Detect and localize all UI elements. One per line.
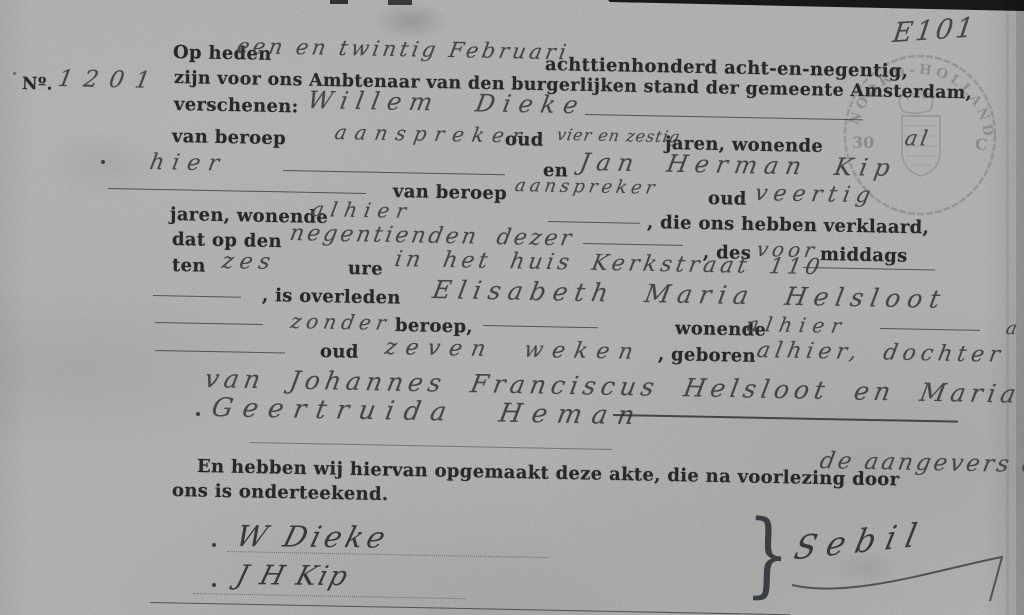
form-text-verklaard: , die ons hebben verklaard, [647,214,929,237]
sig-witness-2: J H Kip [233,562,352,590]
pen-dot [212,583,216,587]
blank-rule [153,295,241,298]
hw-deceased-name: Elisabeth Maria Helsloot [431,277,949,312]
form-text-verschenen: verschenen: [174,96,299,116]
stamp-value-right: C [975,135,988,154]
blank-rule [483,325,598,328]
form-text-oud-2: oud [708,190,747,209]
hw-birthplace: alhier, dochter [755,340,1007,367]
form-text-van-beroep-1: van beroep [172,128,286,148]
form-text-oud-1: oud [505,131,544,150]
form-text-middags: middags [820,246,908,266]
death-certificate-scan: Nº. 1201 E101 NOORD-HOLLAND 30 C Op hede… [0,0,1024,615]
form-text-ondertekend: ons is onderteekend. [172,482,389,504]
bleedthrough-smudge [372,2,450,40]
pen-dot [196,412,200,416]
hw-act-date: een en twintig Februari [235,36,571,63]
hw-deceased-residence: alhier [745,314,850,336]
brace-mark: } [744,508,791,601]
blank-rule [548,221,640,224]
hw-parents-line2: Geertruida Heman [210,395,647,429]
blank-rule [250,442,612,450]
hw-death-date: negentienden dezer [288,223,576,250]
blank-rule [585,114,863,120]
sig-official-flourish [790,555,1015,605]
registration-number-label: Nº. [22,76,53,94]
ink-speck [13,72,16,75]
pen-dot [212,543,216,547]
sig-witness-1: W Dieke [233,522,392,553]
form-text-ten: ten [172,257,206,276]
hw-residence-2: alhier [310,199,415,221]
hw-age-2: veertig [753,183,878,207]
form-text-ure: ure [348,260,383,279]
blank-rule [108,188,366,194]
form-text-oud-3: oud [320,343,359,362]
hw-residence-1b: hier [148,152,229,175]
hw-age-1: vier en zestig [556,127,682,145]
hw-aangevers: de aangevers en [818,450,1024,477]
archive-code: E101 [891,14,978,47]
form-text-beroep: beroep, [395,317,473,336]
signature-line [193,593,465,599]
blank-rule [880,328,980,331]
registration-number-value: 1201 [56,68,163,93]
hw-death-hour: zes [220,251,278,274]
hw-margin-letter: a [1004,320,1018,338]
hw-occupation-2: aanspreker [513,177,659,198]
form-text-is-overleden: , is overleden [262,287,401,308]
hw-residence-1a: al [903,128,932,149]
form-text-geboren: , geboren [658,346,756,366]
stamp-value-left: 30 [852,133,874,152]
blank-rule [583,243,683,246]
blank-rule [283,170,505,175]
hw-declarant1-name: Willem Dieke [306,88,588,117]
signature-line [227,551,549,558]
ink-speck [101,160,105,164]
bottom-rule [150,602,790,615]
hw-zonder: zonder [289,311,392,333]
blank-rule [155,322,263,325]
blank-rule [155,350,285,353]
form-text-dat-op-den: dat op den [172,231,282,251]
hw-declarant2-name: Jan Herman Kip [578,150,899,180]
blank-rule [613,414,958,423]
hw-occupation-1: aanspreker [333,122,531,146]
hw-deceased-age: zeven weken [383,337,643,364]
